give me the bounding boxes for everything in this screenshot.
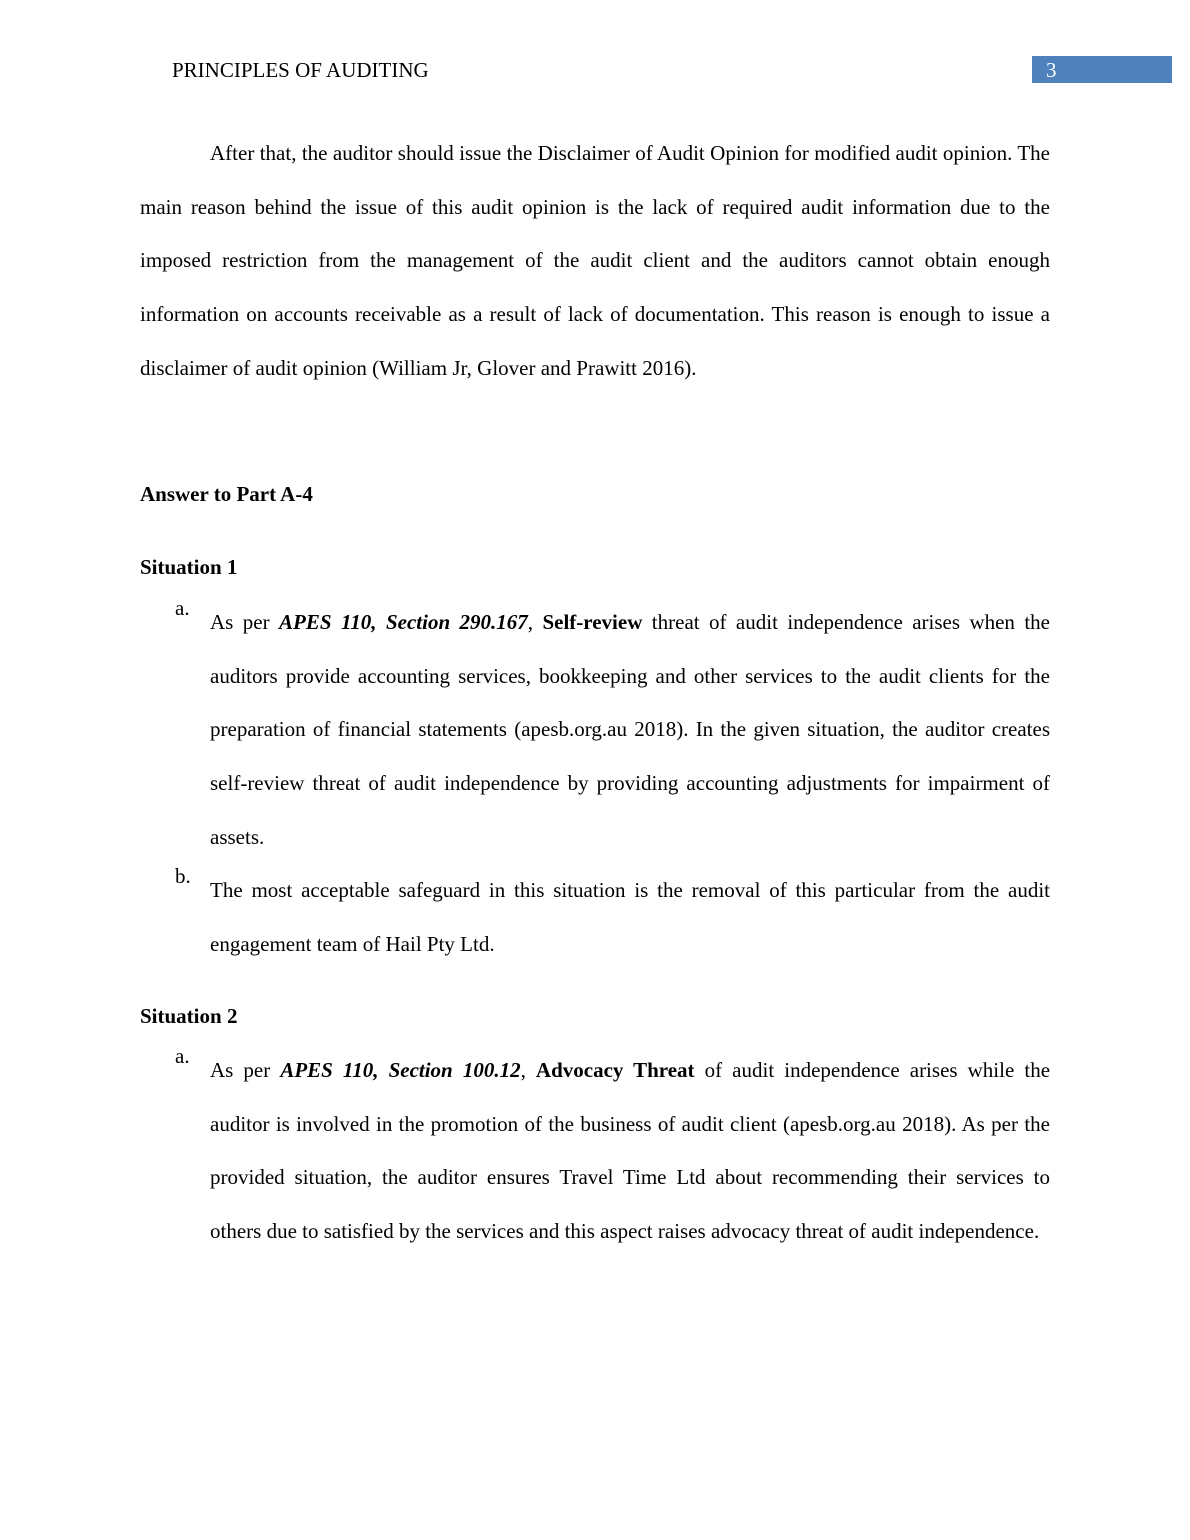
threat-name: Advocacy Threat <box>536 1058 695 1082</box>
list-item-text: The most acceptable safeguard in this si… <box>210 864 1050 971</box>
list-marker: b. <box>175 864 191 889</box>
running-header-title: PRINCIPLES OF AUDITING <box>172 58 429 83</box>
situation-2-item-a: a. As per APES 110, Section 100.12, Advo… <box>140 1044 1050 1259</box>
list-item-text: As per APES 110, Section 100.12, Advocac… <box>210 1044 1050 1259</box>
list-marker: a. <box>175 1044 190 1069</box>
page-number: 3 <box>1046 58 1057 83</box>
item-body: of audit independence arises while the a… <box>210 1058 1050 1243</box>
separator: , <box>521 1058 536 1082</box>
situation-1-item-b: b. The most acceptable safeguard in this… <box>140 864 1050 971</box>
threat-name: Self-review <box>542 610 642 634</box>
situation-1-item-a: a. As per APES 110, Section 290.167, Sel… <box>140 596 1050 865</box>
text-prefix: As per <box>210 1058 280 1082</box>
situation-2-heading: Situation 2 <box>140 1004 237 1029</box>
separator: , <box>528 610 543 634</box>
intro-paragraph: After that, the auditor should issue the… <box>140 127 1050 396</box>
section-heading: Answer to Part A-4 <box>140 482 313 507</box>
text-prefix: As per <box>210 610 279 634</box>
list-item-text: As per APES 110, Section 290.167, Self-r… <box>210 596 1050 865</box>
list-marker: a. <box>175 596 190 621</box>
item-body: threat of audit independence arises when… <box>210 610 1050 849</box>
situation-1-heading: Situation 1 <box>140 555 237 580</box>
standard-reference: APES 110, Section 100.12 <box>280 1058 520 1082</box>
standard-reference: APES 110, Section 290.167 <box>279 610 528 634</box>
page-number-box: 3 <box>1032 56 1172 83</box>
intro-paragraph-block: After that, the auditor should issue the… <box>140 127 1050 396</box>
